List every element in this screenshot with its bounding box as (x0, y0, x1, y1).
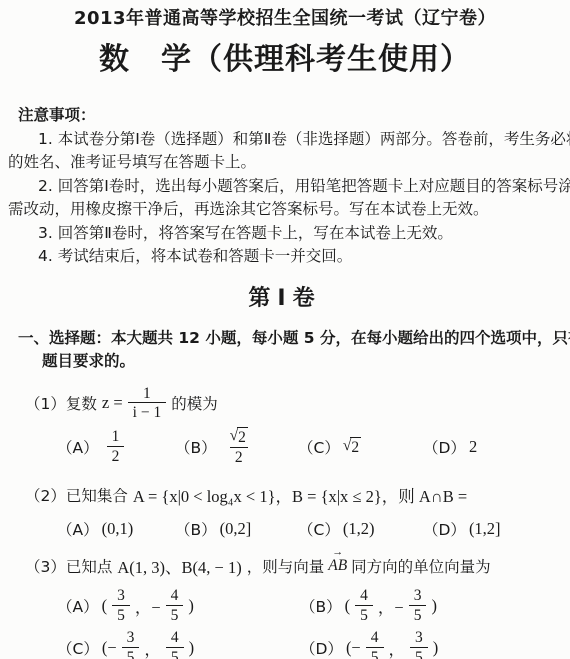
question-3-number: （3）已知点 (25, 555, 112, 577)
fraction-denominator: 5 (166, 647, 184, 659)
notice-line-3: 3. 回答第Ⅱ卷时，将答案写在答题卡上，写在本试卷上无效。 (0, 222, 570, 246)
question-1-stem: （1）复数 z = 1 i − 1 的模为 (0, 385, 570, 423)
option-c: （C） (1,2) (298, 518, 423, 540)
multiple-choice-intro: 一、选择题：本大题共 12 小题，每小题 5 分，在每小题给出的四个选项中，只有… (0, 327, 570, 373)
vector-letters: AB (328, 557, 347, 574)
question-3: （3）已知点 A(1, 3)、B(4, − 1) ，则与向量 → AB 同方向的… (0, 554, 570, 659)
notice-heading: 注意事项： (0, 104, 570, 128)
fraction-denominator: 5 (355, 605, 373, 625)
option-d-value: (1,2] (469, 519, 501, 539)
fraction-numerator: 3 (112, 587, 130, 605)
question-1-stem-suffix: 的模为 (171, 392, 218, 414)
fraction: 35 (409, 587, 427, 625)
notice-line-4: 4. 考试结束后，将本试卷和答题卡一并交回。 (0, 245, 570, 269)
option-b-label: （B） (300, 595, 342, 617)
option-a-value: (0,1) (102, 519, 134, 539)
notice-line-2-wrap: 需改动，用橡皮擦干净后，再选涂其它答案标号。写在本试卷上无效。 (0, 198, 570, 222)
exam-subtitle: 数 学（供理科考生使用） (0, 40, 570, 80)
fraction-denominator: 5 (122, 647, 140, 659)
separator: ，− (135, 594, 161, 618)
radical: √2 (343, 437, 361, 457)
fraction: 1 2 (107, 428, 125, 466)
option-b-label: （B） (175, 436, 217, 458)
paren-close: ) (188, 596, 194, 616)
option-a-label: （A） (57, 436, 99, 458)
paren-close: ) (431, 596, 437, 616)
option-d-label: （D） (423, 436, 466, 458)
paren-open: ( (345, 596, 351, 616)
question-3-stem: （3）已知点 A(1, 3)、B(4, − 1) ，则与向量 → AB 同方向的… (0, 554, 570, 578)
intro-line-2: 题目要求的。 (0, 350, 570, 373)
option-b: （B） ( 45 ，− 35 ) (300, 587, 570, 625)
question-2-options: （A） (0,1) （B） (0,2] （C） (1,2) （D） (1,2] (57, 518, 570, 540)
option-a: （A） (0,1) (57, 518, 175, 540)
exam-paper-page: 2013年普通高等学校招生全国统一考试（辽宁卷） 数 学（供理科考生使用） 注意… (0, 0, 570, 659)
fraction: 45 (355, 587, 373, 625)
option-c-label: （C） (298, 436, 340, 458)
question-3-options-row-1: （A） ( 35 ，− 45 ) （B） ( 45 ，− 35 ) (57, 587, 570, 625)
fraction: 45 (166, 629, 184, 659)
question-3-points: A(1, 3)、B(4, − 1) (117, 554, 241, 578)
fraction-denominator: 5 (112, 605, 130, 625)
fraction: 45 (366, 629, 384, 659)
fraction-denominator: 5 (366, 647, 384, 659)
option-b-value: (0,2] (220, 519, 252, 539)
fraction-denominator: 5 (409, 605, 427, 625)
intro-line-1: 一、选择题：本大题共 12 小题，每小题 5 分，在每小题给出的四个选项中，只有… (0, 327, 570, 350)
question-2-expression: A = {x|0 < log₄x < 1}，B = {x|x ≤ 2}，则 A∩… (133, 483, 467, 507)
question-3-stem-mid: ，则与向量 (247, 555, 325, 577)
option-a: （A） 1 2 (57, 428, 175, 466)
option-c: （C） √2 (298, 436, 423, 458)
option-c-label: （C） (57, 637, 99, 659)
fraction: 35 (122, 629, 140, 659)
section-1-title: 第Ⅰ卷 (0, 285, 570, 313)
question-2-number: （2）已知集合 (25, 484, 128, 506)
separator: ，− (378, 594, 404, 618)
paren-close: ) (433, 638, 439, 658)
fraction: 35 (410, 629, 428, 659)
radicand: 2 (237, 427, 248, 447)
fraction-numerator: √2 (225, 427, 253, 447)
fraction-numerator: 1 (107, 428, 125, 446)
question-1-options: （A） 1 2 （B） √2 2 （C） √2 （D） 2 (57, 427, 570, 467)
vector-arrow-icon: → (328, 547, 347, 557)
fraction: 1 i − 1 (128, 385, 167, 423)
option-b: （B） √2 2 (175, 427, 298, 467)
fraction-numerator: 4 (166, 587, 184, 605)
fraction-numerator: 4 (166, 629, 184, 647)
fraction-denominator: 2 (230, 447, 248, 467)
notice-line-2: 2. 回答第Ⅰ卷时，选出每小题答案后，用铅笔把答题卡上对应题目的答案标号涂黑。如 (0, 175, 570, 199)
fraction-numerator: 3 (122, 629, 140, 647)
paren-open: (− (102, 638, 117, 658)
option-c-label: （C） (298, 518, 340, 540)
option-c: （C） (− 35 ， 45 ) (57, 629, 300, 659)
paren-open: ( (102, 596, 108, 616)
fraction-numerator: 1 (138, 385, 156, 403)
option-d-value: 2 (469, 437, 477, 457)
separator: ， (389, 636, 406, 659)
notice-section: 注意事项： 1. 本试卷分第Ⅰ卷（选择题）和第Ⅱ卷（非选择题）两部分。答卷前，考… (0, 104, 570, 269)
separator: ， (144, 636, 161, 659)
fraction-numerator: 3 (410, 629, 428, 647)
option-c-value: (1,2) (343, 519, 375, 539)
option-a: （A） ( 35 ，− 45 ) (57, 587, 300, 625)
paren-close: ) (189, 638, 195, 658)
fraction-numerator: 4 (366, 629, 384, 647)
question-1-number: （1）复数 (25, 392, 97, 414)
option-d: （D） 2 (423, 436, 570, 458)
fraction-denominator: 5 (166, 605, 184, 625)
option-d: （D） (1,2] (423, 518, 570, 540)
fraction-numerator: 4 (355, 587, 373, 605)
option-d: （D） (− 45 ， 35 ) (300, 629, 570, 659)
option-a-label: （A） (57, 518, 99, 540)
question-1-variable: z = (102, 393, 123, 413)
radical: √2 (230, 427, 248, 447)
option-b-label: （B） (175, 518, 217, 540)
exam-title: 2013年普通高等学校招生全国统一考试（辽宁卷） (0, 0, 570, 31)
fraction: 45 (166, 587, 184, 625)
fraction-denominator: 2 (107, 446, 125, 466)
fraction-denominator: i − 1 (128, 402, 167, 422)
option-b: （B） (0,2] (175, 518, 298, 540)
question-3-options-row-2: （C） (− 35 ， 45 ) （D） (− 45 ， 35 ) (57, 629, 570, 659)
question-2: （2）已知集合 A = {x|0 < log₄x < 1}，B = {x|x ≤… (0, 483, 570, 540)
paren-open: (− (346, 638, 361, 658)
radicand: 2 (350, 437, 361, 457)
fraction: √2 2 (225, 427, 253, 467)
question-3-stem-suffix: 同方向的单位向量为 (351, 555, 491, 577)
question-2-stem: （2）已知集合 A = {x|0 < log₄x < 1}，B = {x|x ≤… (0, 483, 570, 507)
vector-ab: → AB (328, 557, 347, 575)
fraction-denominator: 5 (410, 647, 428, 659)
fraction: 35 (112, 587, 130, 625)
fraction-numerator: 3 (409, 587, 427, 605)
notice-line-1: 1. 本试卷分第Ⅰ卷（选择题）和第Ⅱ卷（非选择题）两部分。答卷前，考生务必将自己 (0, 128, 570, 152)
notice-line-1-wrap: 的姓名、准考证号填写在答题卡上。 (0, 151, 570, 175)
option-d-label: （D） (423, 518, 466, 540)
question-1: （1）复数 z = 1 i − 1 的模为 （A） 1 2 （B） √2 2 (0, 385, 570, 467)
option-d-label: （D） (300, 637, 343, 659)
option-a-label: （A） (57, 595, 99, 617)
